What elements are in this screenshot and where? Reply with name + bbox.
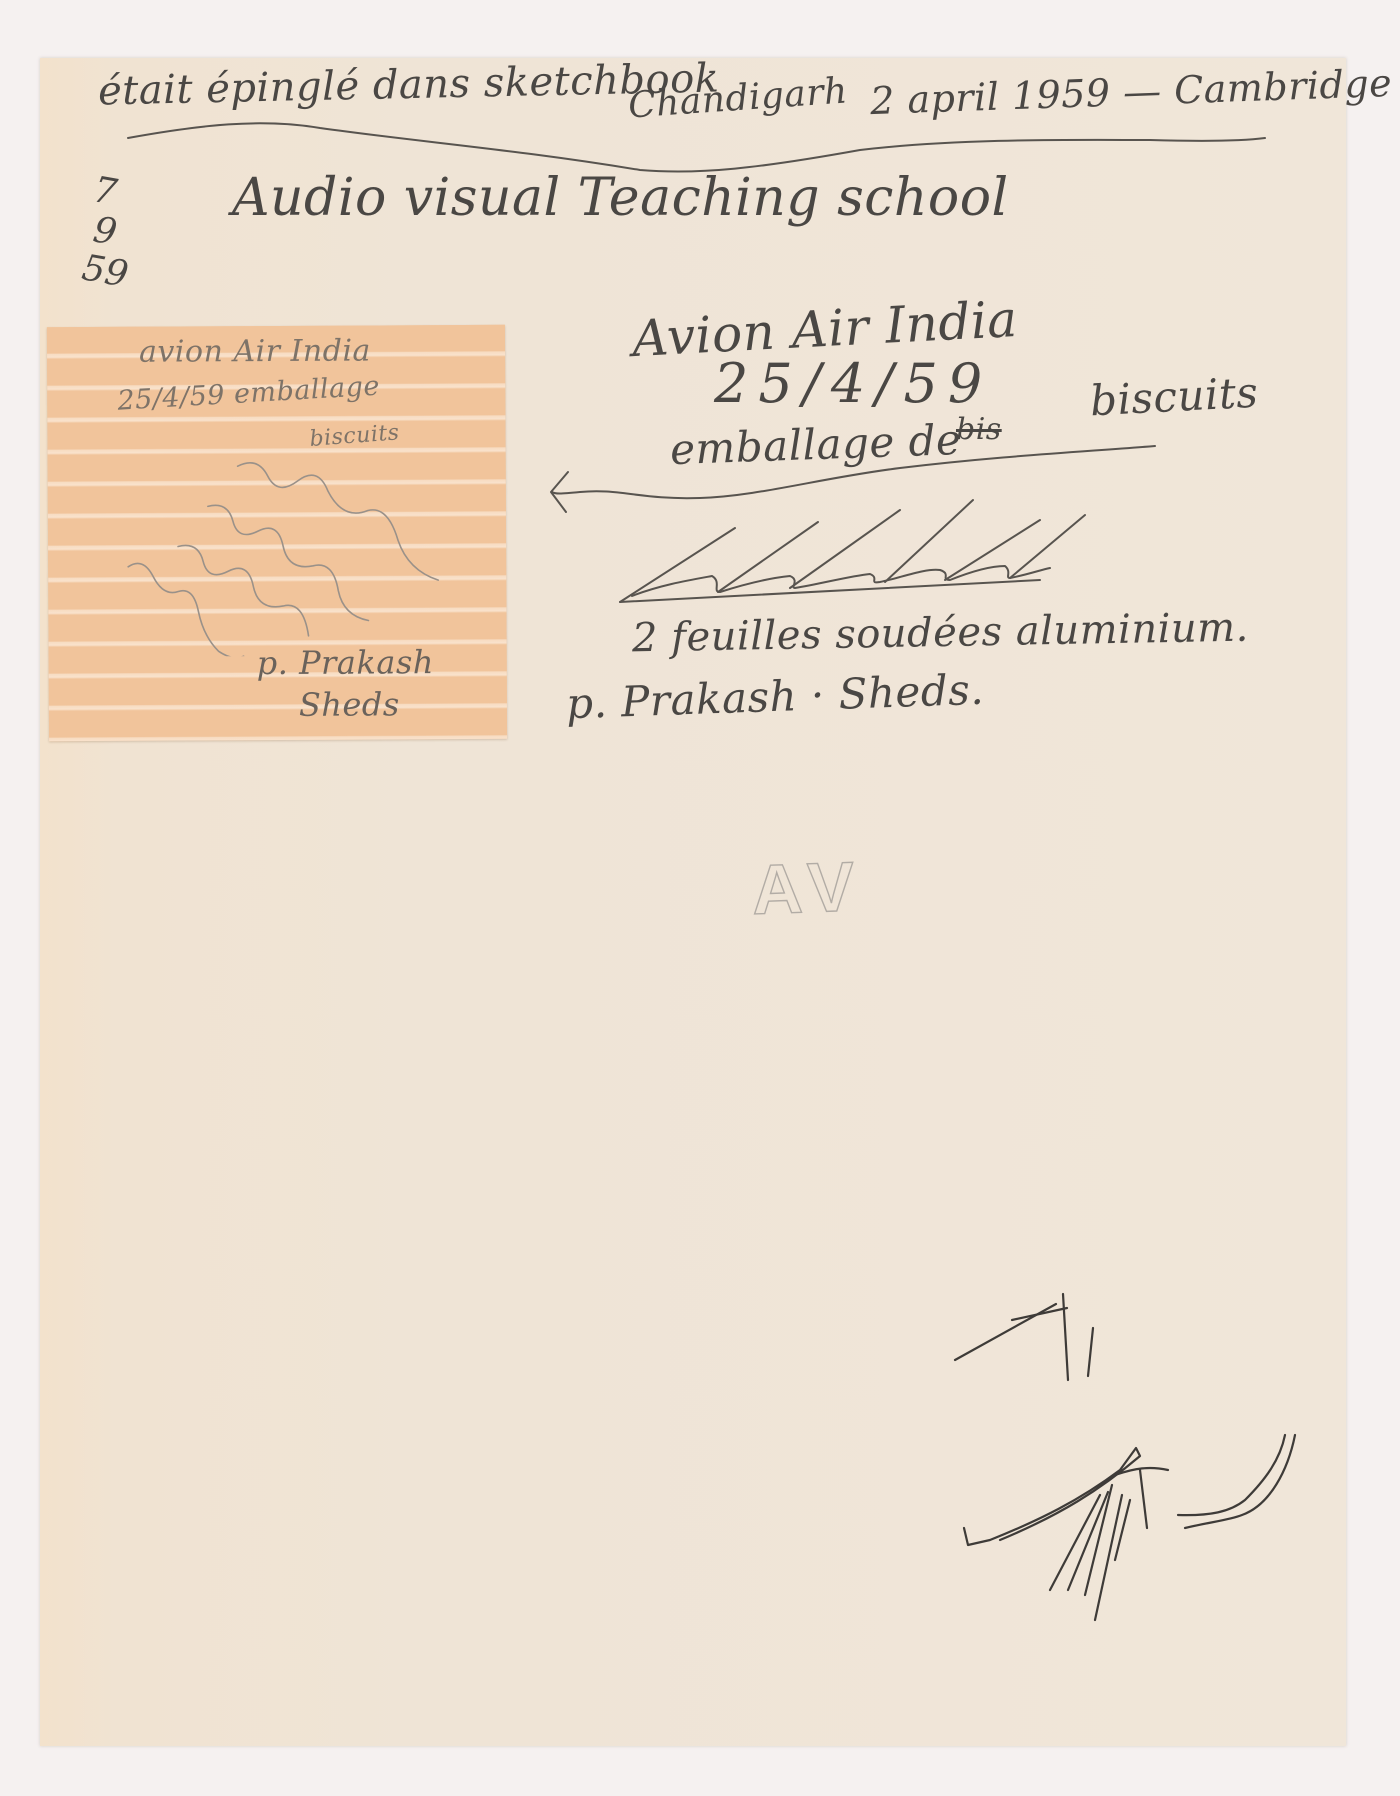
slip-line-1: avion Air India: [139, 334, 371, 370]
note-biscuits: biscuits: [1089, 368, 1260, 426]
slip-signature-line-1: p. Prakash: [257, 643, 434, 682]
slip-faint-scribble-icon: [88, 445, 489, 657]
slip-line-2: 25/4/59 emballage: [117, 371, 381, 417]
note-crossed-out-word: bis: [956, 412, 1002, 447]
slip-signature-line-2: Sheds: [299, 685, 400, 724]
note-date: 25/4/59: [714, 352, 992, 415]
page-title: Audio visual Teaching school: [232, 168, 1009, 228]
note-packaging: emballage de: [669, 415, 962, 474]
attached-slip: avion Air India 25/4/59 emballage biscui…: [47, 325, 507, 741]
monogram-stamp: AV: [751, 846, 866, 930]
margin-date: 7 9 59: [70, 172, 140, 292]
